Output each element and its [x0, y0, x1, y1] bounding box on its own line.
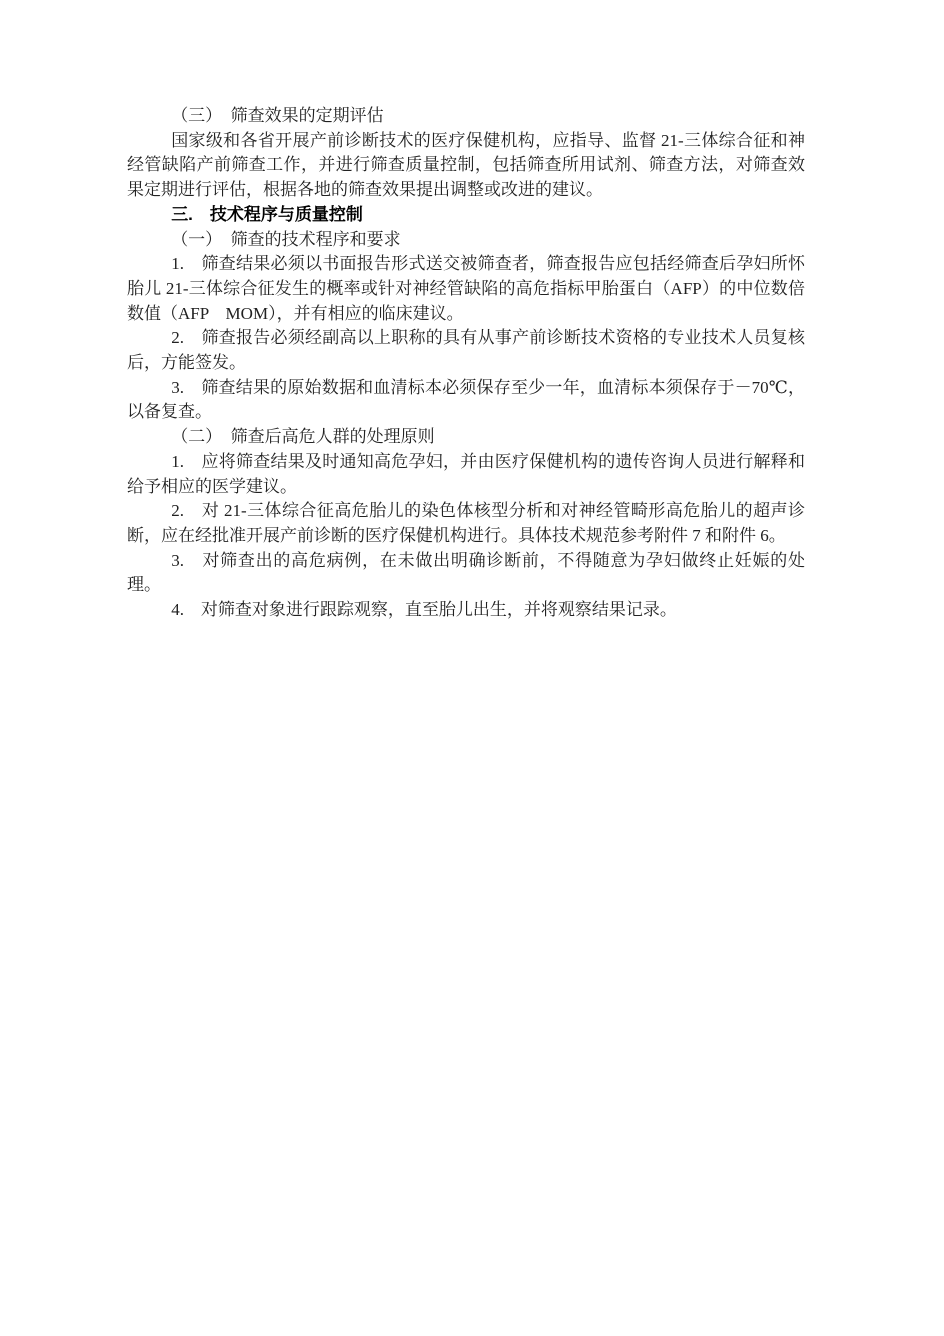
document-page: （三） 筛查效果的定期评估 国家级和各省开展产前诊断技术的医疗保健机构，应指导、… [0, 0, 944, 1336]
para-national-provincial-supervision: 国家级和各省开展产前诊断技术的医疗保健机构，应指导、监督 21-三体综合征和神经… [127, 129, 805, 203]
subheading-screening-effect-evaluation: （三） 筛查效果的定期评估 [127, 104, 805, 129]
subheading-screening-technical-requirements: （一） 筛查的技术程序和要求 [127, 228, 805, 253]
para-item-2-karyotype-ultrasound-diagnosis: 2. 对 21-三体综合征高危胎儿的染色体核型分析和对神经管畸形高危胎儿的超声诊… [127, 499, 805, 548]
para-item-1-written-report: 1. 筛查结果必须以书面报告形式送交被筛查者，筛查报告应包括经筛查后孕妇所怀胎儿… [127, 252, 805, 326]
para-item-4-follow-up-until-birth: 4. 对筛查对象进行跟踪观察，直至胎儿出生，并将观察结果记录。 [127, 598, 805, 623]
para-item-2-report-review-signoff: 2. 筛查报告必须经副高以上职称的具有从事产前诊断技术资格的专业技术人员复核后，… [127, 326, 805, 375]
para-item-3-no-termination-without-diagnosis: 3. 对筛查出的高危病例，在未做出明确诊断前，不得随意为孕妇做终止妊娠的处理。 [127, 549, 805, 598]
subheading-high-risk-handling-principles: （二） 筛查后高危人群的处理原则 [127, 425, 805, 450]
para-item-3-data-serum-storage: 3. 筛查结果的原始数据和血清标本必须保存至少一年，血清标本须保存于－70℃，以… [127, 376, 805, 425]
para-item-1-notify-high-risk: 1. 应将筛查结果及时通知高危孕妇，并由医疗保健机构的遗传咨询人员进行解释和给予… [127, 450, 805, 499]
document-text-block: （三） 筛查效果的定期评估 国家级和各省开展产前诊断技术的医疗保健机构，应指导、… [127, 104, 805, 623]
heading-technical-procedures-quality-control: 三. 技术程序与质量控制 [127, 203, 805, 228]
